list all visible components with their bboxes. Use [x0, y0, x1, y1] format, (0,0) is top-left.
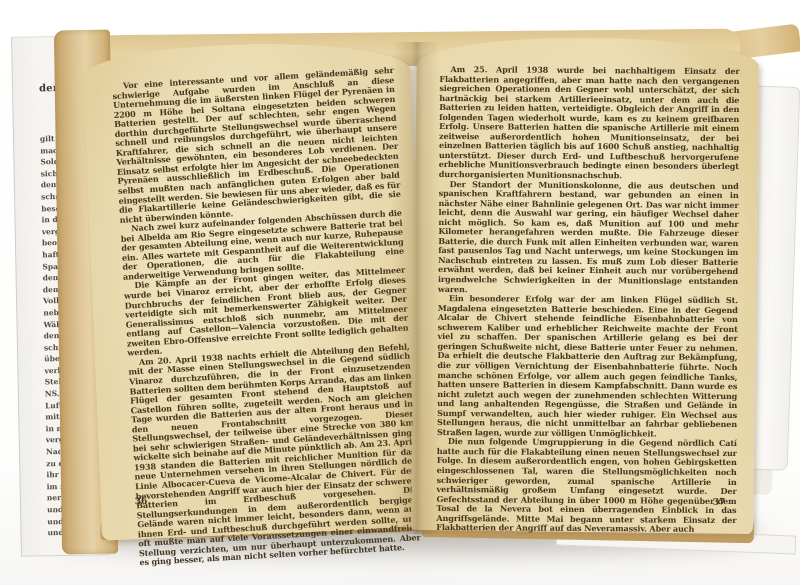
paragraph: Vor eine interessante und vor allem gelä…	[112, 66, 402, 225]
page-number-left: 36	[135, 497, 148, 508]
paragraph: Am 25. April 1938 wurde bei nachhaltigem…	[439, 65, 740, 182]
paragraph: Ein besonderer Erfolg war der am linken …	[437, 294, 738, 439]
paragraph: Die nun folgende Umgruppierung in die Ge…	[436, 437, 737, 535]
right-page: Am 25. April 1938 wurde bei nachhaltigem…	[411, 36, 759, 534]
right-page-text: Am 25. April 1938 wurde bei nachhaltigem…	[436, 65, 739, 509]
book-photo: der gilt mach Solda sich v dem schm beso…	[0, 0, 800, 585]
paragraph: Der Standort der Munitionskolonne, die a…	[438, 180, 739, 297]
paragraph: Am 20. April 1938 nachts erhielt die Abt…	[128, 342, 422, 568]
left-page-text: Vor eine interessante und vor allem gelä…	[112, 66, 419, 522]
page-number-right: 37	[713, 498, 726, 508]
left-page: Vor eine interessante und vor allem gelä…	[82, 37, 430, 540]
